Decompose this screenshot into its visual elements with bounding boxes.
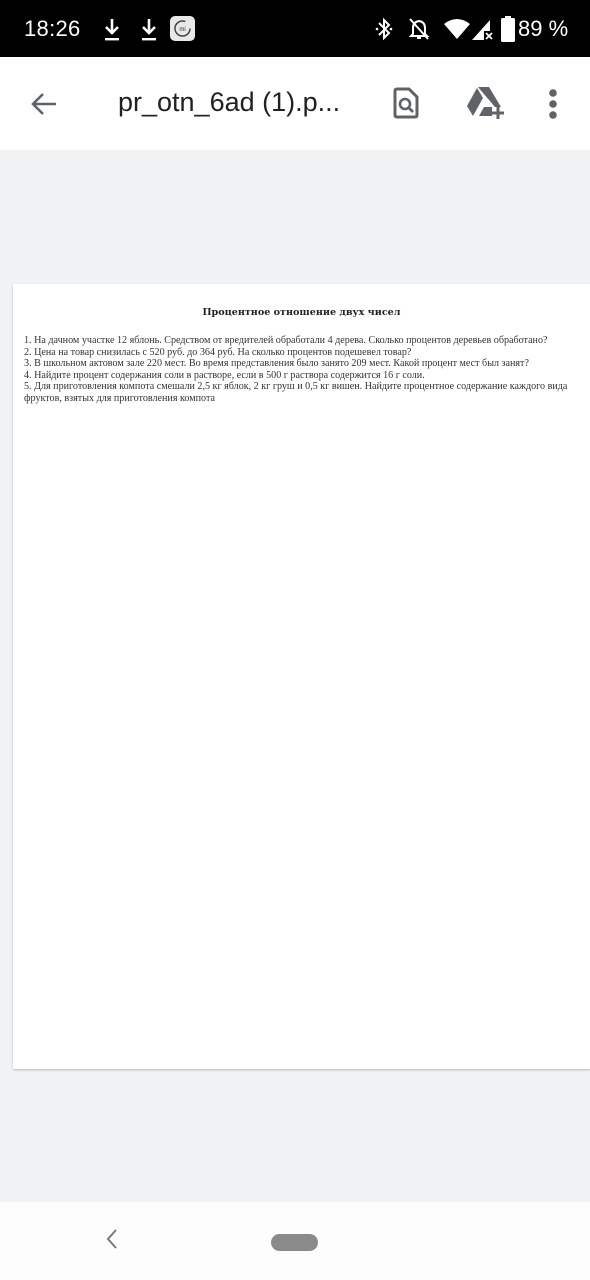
problem-1: 1. На дачном участке 12 яблонь. Средство… (24, 335, 579, 347)
signal-no-data-icon (472, 18, 494, 40)
find-in-document-icon[interactable] (393, 87, 419, 119)
document-title: pr_otn_6ad (1).p... (118, 87, 340, 118)
system-nav-bar (0, 1202, 590, 1280)
problem-5: 5. Для приготовления компота смешали 2,5… (24, 381, 579, 404)
download-icon (102, 17, 122, 43)
pdf-page[interactable]: Процентное отношение двух чисел 1. На да… (13, 284, 590, 1069)
download-icon (139, 17, 159, 43)
svg-text:mi: mi (179, 27, 185, 33)
app-bar: pr_otn_6ad (1).p... (0, 57, 590, 151)
more-vert-icon[interactable] (547, 88, 559, 120)
add-to-drive-icon[interactable] (465, 85, 505, 119)
problem-4: 4. Найдите процент содержания соли в рас… (24, 370, 579, 382)
page-body: 1. На дачном участке 12 яблонь. Средство… (24, 335, 579, 405)
home-pill[interactable] (271, 1234, 318, 1251)
battery-icon (501, 16, 515, 42)
problem-3: 3. В школьном актовом зале 220 мест. Во … (24, 358, 579, 370)
bluetooth-icon (375, 17, 393, 41)
status-time: 18:26 (24, 16, 81, 42)
wifi-icon (444, 19, 470, 39)
notifications-off-icon (408, 17, 430, 41)
status-bar: 18:26 mi 89 % (0, 0, 590, 57)
battery-percent: 89 % (518, 16, 568, 42)
arrow-back-icon[interactable] (30, 90, 58, 118)
problem-2: 2. Цена на товар снизилась с 520 руб. до… (24, 347, 579, 359)
back-chevron-icon[interactable] (104, 1228, 120, 1250)
mi-app-icon: mi (170, 16, 195, 41)
page-heading: Процентное отношение двух чисел (13, 307, 590, 318)
